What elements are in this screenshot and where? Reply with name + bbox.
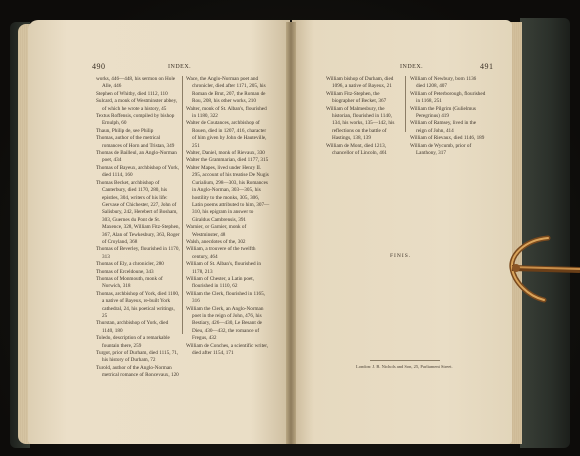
index-entry: William of Malmesbury, the historian, fl…: [326, 106, 400, 143]
index-entry: Thomas, archbishop of York, died 1100, a…: [96, 291, 180, 321]
index-entry: William of St. Alban's, flourished in 11…: [186, 261, 270, 276]
index-entry: Turgot, prior of Durham, died 1115, 71, …: [96, 350, 180, 365]
index-entry: Thomas of Beverley, flourished in 1170, …: [96, 246, 180, 261]
index-entry: Thomas of Erceldoune, 343: [96, 269, 180, 276]
imprint-rule: [370, 360, 440, 361]
index-entry: William the Pilgrim (Gulielmus Peregrinu…: [410, 106, 486, 121]
left-page-column-2: Wace, the Anglo-Norman poet and chronicl…: [186, 76, 270, 357]
index-entry: William the Clerk, flourished in 1165, 3…: [186, 291, 270, 306]
index-entry: Thomas of Ely, a chronicler, 280: [96, 261, 180, 268]
index-entry: William of Peterborough, flourished in 1…: [410, 91, 486, 106]
index-entry: William of Chester, a Latin poet, flouri…: [186, 276, 270, 291]
index-entry: Walter the Grammarian, died 1177, 315: [186, 157, 270, 164]
index-entry: William, a trouvere of the twelfth centu…: [186, 246, 270, 261]
index-entry: William de Wycumb, prior of Lanthony, 31…: [410, 143, 486, 158]
index-entry: Sulcard, a monk of Westminster abbey, of…: [96, 98, 180, 113]
finis-text: FINIS.: [390, 253, 411, 259]
index-entry: Thurstan, archbishop of York, died 1140,…: [96, 320, 180, 335]
index-entry: William Fitz-Stephen, the biographer of …: [326, 91, 400, 106]
column-divider: [182, 76, 183, 334]
brass-clasp-icon: [480, 230, 580, 310]
right-page-column-2: William of Newbury, born 1136 died 1208,…: [410, 76, 486, 157]
index-entry: Thomas of Bayeux, archbishop of York, di…: [96, 165, 180, 180]
index-entry: William de Conches, a scientific writer,…: [186, 343, 270, 358]
index-entry: William of Newbury, born 1136 died 1208,…: [410, 76, 486, 91]
right-page-column-1: William bishop of Durham, died 1096, a n…: [326, 76, 400, 157]
column-divider: [405, 76, 406, 132]
left-running-head: INDEX.: [168, 64, 191, 70]
printer-imprint: London: J. B. Nichols and Son, 25, Parli…: [356, 364, 453, 369]
index-entry: Walter, monk of St. Alban's, flourished …: [186, 106, 270, 121]
index-entry: Thomas Becket, archbishop of Canterbury,…: [96, 180, 180, 247]
index-entry: Warnier, or Garnier, monk of Westminster…: [186, 224, 270, 239]
index-entry: Thomas de Bailleul, an Anglo-Norman poet…: [96, 150, 180, 165]
book-gutter: [286, 22, 296, 444]
index-entry: works, 446—448, his sermon on Hole Alle,…: [96, 76, 180, 91]
left-page-column-1: works, 446—448, his sermon on Hole Alle,…: [96, 76, 180, 380]
index-entry: Walter de Coutances, archbishop of Rouen…: [186, 120, 270, 150]
index-entry: William bishop of Durham, died 1096, a n…: [326, 76, 400, 91]
right-page-number: 491: [480, 62, 494, 71]
index-entry: Thomas, author of the metrical romances …: [96, 135, 180, 150]
index-entry: Walter, Daniel, monk of Rievaux, 330: [186, 150, 270, 157]
index-entry: Wace, the Anglo-Norman poet and chronicl…: [186, 76, 270, 106]
index-entry: William of Rievaux, died 1146, 189: [410, 135, 486, 142]
index-entry: William de Mont, died 1213, chancellor o…: [326, 143, 400, 158]
index-entry: Textus Roffensis, compiled by bishop Ern…: [96, 113, 180, 128]
index-entry: Walter Mapes, lived under Henry II. 295,…: [186, 165, 270, 224]
index-entry: Thomas of Monmouth, monk of Norwich, 318: [96, 276, 180, 291]
right-running-head: INDEX.: [400, 64, 423, 70]
index-entry: William of Ramsey, lived in the reign of…: [410, 120, 486, 135]
index-entry: William the Clerk, an Anglo-Norman poet …: [186, 306, 270, 343]
index-entry: Turold, author of the Anglo-Norman metri…: [96, 365, 180, 380]
left-page-number: 490: [92, 62, 106, 71]
index-entry: Toledo, description of a remarkable foun…: [96, 335, 180, 350]
